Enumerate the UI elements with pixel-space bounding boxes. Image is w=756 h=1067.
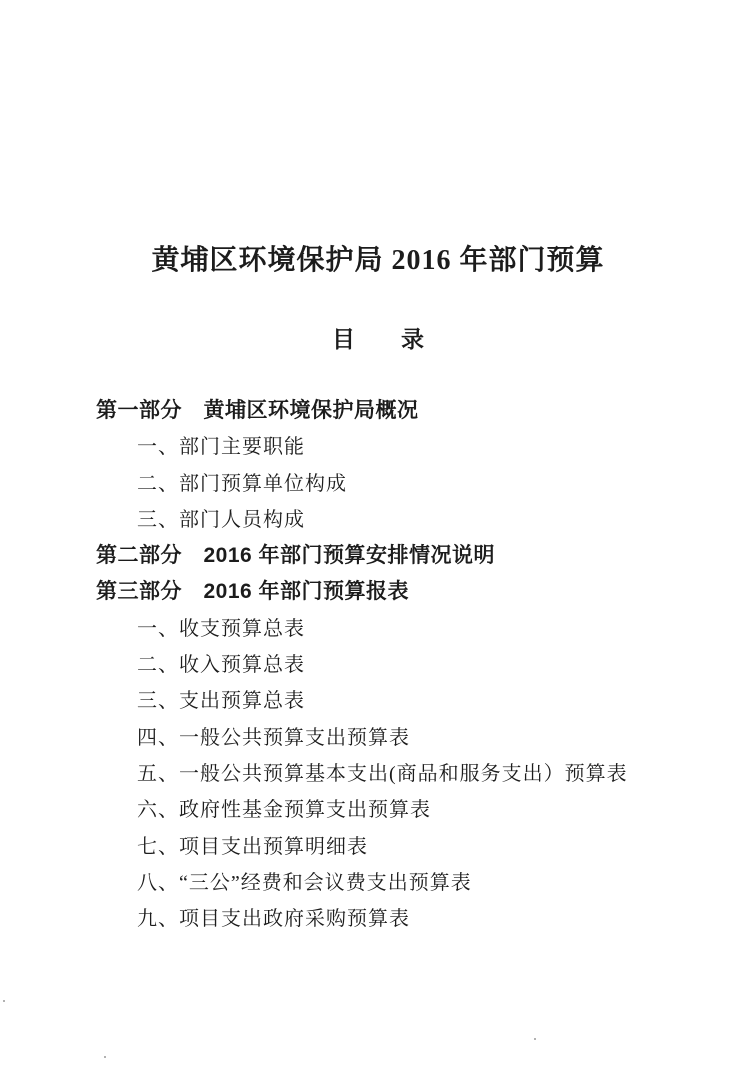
toc-entry-part1-item1: 一、部门主要职能 [96, 429, 726, 465]
toc-entry-part2: 第二部分 2016 年部门预算安排情况说明 [96, 538, 726, 574]
table-of-contents: 第一部分 黄埔区环境保护局概况 一、部门主要职能 二、部门预算单位构成 三、部门… [96, 393, 726, 937]
toc-entry-part1-item2: 二、部门预算单位构成 [96, 466, 726, 502]
toc-entry-part3-item4: 四、一般公共预算支出预算表 [96, 720, 726, 756]
toc-entry-part3-item6: 六、政府性基金预算支出预算表 [96, 792, 726, 828]
toc-entry-part3-item5: 五、一般公共预算基本支出(商品和服务支出）预算表 [96, 756, 726, 792]
toc-entry-part3-item3: 三、支出预算总表 [96, 683, 726, 719]
toc-entry-part1: 第一部分 黄埔区环境保护局概况 [96, 393, 726, 429]
toc-entry-part3-item1: 一、收支预算总表 [96, 611, 726, 647]
toc-entry-part3-item9: 九、项目支出政府采购预算表 [96, 901, 726, 937]
toc-entry-part3-item7: 七、项目支出预算明细表 [96, 829, 726, 865]
document-title: 黄埔区环境保护局 2016 年部门预算 [0, 243, 756, 279]
document-page: 黄埔区环境保护局 2016 年部门预算 目 录 第一部分 黄埔区环境保护局概况 … [0, 0, 756, 1067]
toc-entry-part3: 第三部分 2016 年部门预算报表 [96, 574, 726, 610]
toc-entry-part3-item8: 八、“三公”经费和会议费支出预算表 [96, 865, 726, 901]
scan-speck [534, 1038, 536, 1040]
toc-heading: 目 录 [0, 324, 756, 354]
toc-entry-part1-item3: 三、部门人员构成 [96, 502, 726, 538]
toc-entry-part3-item2: 二、收入预算总表 [96, 647, 726, 683]
scan-speck [104, 1056, 106, 1058]
scan-speck [3, 1000, 5, 1002]
